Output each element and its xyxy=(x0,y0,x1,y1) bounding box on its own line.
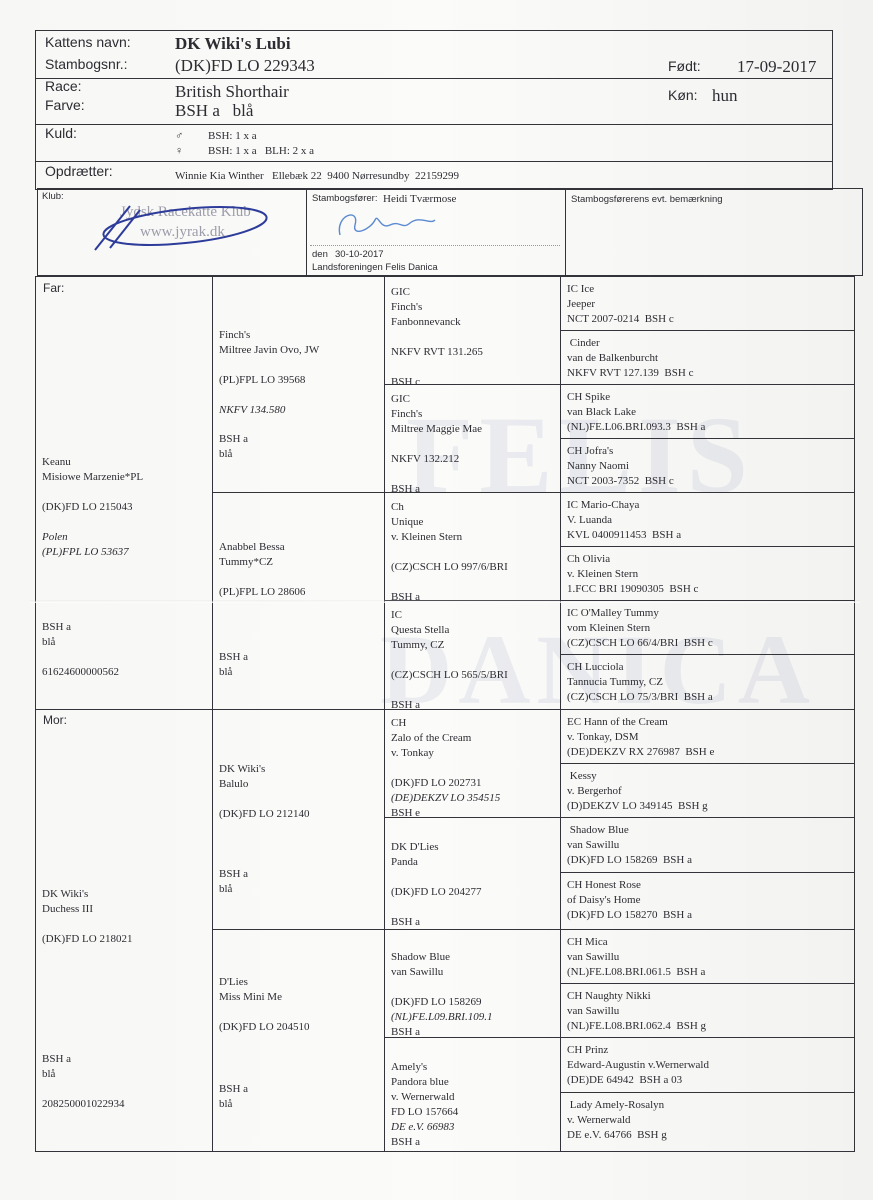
father-sire-line: Miltree Javin Ovo, JW xyxy=(219,343,319,358)
grid-line xyxy=(560,600,855,601)
mother-sire-line: (DK)FD LO 212140 xyxy=(219,807,309,822)
mother-label: Mor: xyxy=(43,713,67,727)
gen4-cell: CH PrinzEdward-Augustin v.Wernerwald(DE)… xyxy=(567,1043,709,1088)
gen4-line: Ch Olivia xyxy=(567,552,698,567)
gen4-line: DE e.V. 64766 BSH g xyxy=(567,1128,667,1143)
breed-label: Race: xyxy=(45,78,82,94)
gen3-cell: Amely'sPandora bluev. WernerwaldFD LO 15… xyxy=(391,1045,458,1150)
mother-sire-line: Balulo xyxy=(219,777,309,792)
gen4-line: V. Luanda xyxy=(567,513,681,528)
gen4-line: van Black Lake xyxy=(567,405,705,420)
gen3-cell: ChUniquev. Kleinen Stern(CZ)CSCH LO 997/… xyxy=(391,500,508,605)
club-label: Klub: xyxy=(42,191,64,202)
mother-sire-detail: BSH a xyxy=(219,867,248,882)
reg-no-label: Stambogsnr.: xyxy=(45,56,128,72)
mother-detail: BSH a xyxy=(42,1052,125,1067)
father-dam-line: (PL)FPL LO 28606 xyxy=(219,585,305,600)
gen3-line: GIC xyxy=(391,285,483,300)
gen4-line: (D)DEKZV LO 349145 BSH g xyxy=(567,799,708,814)
gen4-cell: IC O'Malley Tummyvom Kleinen Stern(CZ)CS… xyxy=(567,606,713,651)
gen4-line: Jeeper xyxy=(567,297,674,312)
organization: Landsforeningen Felis Danica xyxy=(312,262,438,273)
gen3-cell: GICFinch'sMiltree Maggie MaeNKFV 132.212… xyxy=(391,392,482,497)
gen4-line: Lady Amely-Rosalyn xyxy=(567,1098,667,1113)
breeder-info: Winnie Kia Winther Ellebæk 22 9400 Nørre… xyxy=(175,168,459,184)
gen4-line: IC Ice xyxy=(567,282,674,297)
gen4-line: van Sawillu xyxy=(567,838,692,853)
gen3-line: BSH c xyxy=(391,375,483,390)
gen3-line: GIC xyxy=(391,392,482,407)
date-label: den xyxy=(312,249,328,260)
gen3-line: Shadow Blue xyxy=(391,950,492,965)
gen4-line: Cinder xyxy=(567,336,693,351)
gen4-line: Edward-Augustin v.Wernerwald xyxy=(567,1058,709,1073)
gen4-line: CH Naughty Nikki xyxy=(567,989,706,1004)
gen4-line: (CZ)CSCH LO 66/4/BRI BSH c xyxy=(567,636,713,651)
gen4-line: CH Jofra's xyxy=(567,444,674,459)
gen3-line: v. Wernerwald xyxy=(391,1090,458,1105)
father-detail: BSH a xyxy=(42,620,119,635)
pedigree-document: FELIS DANICA Kattens navn: DK Wiki's Lub… xyxy=(0,0,873,1200)
father-dam-details: BSH a blå xyxy=(219,650,248,680)
gen3-line xyxy=(391,653,508,668)
father-dam-line: Tummy*CZ xyxy=(219,555,305,570)
gen4-line: CH Honest Rose xyxy=(567,878,692,893)
gen4-line: IC Mario-Chaya xyxy=(567,498,681,513)
registrar-signature-icon xyxy=(330,205,450,245)
gen3-line: FD LO 157664 xyxy=(391,1105,458,1120)
gen4-cell: IC IceJeeperNCT 2007-0214 BSH c xyxy=(567,282,674,327)
father-detail: blå xyxy=(42,635,119,650)
gen3-line: BSH a xyxy=(391,1135,458,1150)
father-dam-line xyxy=(219,570,305,585)
father-sire-line: NKFV 134.580 xyxy=(219,403,319,418)
gen4-cell: Cindervan de BalkenburchtNKFV RVT 127.13… xyxy=(567,336,693,381)
gen3-line: CH xyxy=(391,716,500,731)
gen3-line: (DE)DEKZV LO 354515 xyxy=(391,791,500,806)
gen3-line: (NL)FE.L09.BRI.109.1 xyxy=(391,1010,492,1025)
mother-sire-detail: blå xyxy=(219,882,248,897)
header-box xyxy=(35,30,833,190)
gen4-line: NCT 2003-7352 BSH c xyxy=(567,474,674,489)
father-sire-details: BSH a blå xyxy=(219,432,248,462)
gen3-cell: CHZalo of the Creamv. Tonkay(DK)FD LO 20… xyxy=(391,716,500,821)
gen3-line xyxy=(391,330,483,345)
father-info: Keanu Misiowe Marzenie*PL (DK)FD LO 2150… xyxy=(42,455,143,560)
father-details: BSH a blå 61624600000562 xyxy=(42,620,119,680)
mother-detail: 208250001022934 xyxy=(42,1097,125,1112)
gen3-line: (DK)FD LO 158269 xyxy=(391,995,492,1010)
gen4-line: (DK)FD LO 158269 BSH a xyxy=(567,853,692,868)
gen4-cell: CH Honest Roseof Daisy's Home(DK)FD LO 1… xyxy=(567,878,692,923)
gen4-line: van Sawillu xyxy=(567,950,705,965)
gen4-cell: CH Naughty Nikkivan Sawillu(NL)FE.L08.BR… xyxy=(567,989,706,1034)
male-symbol: ♂ xyxy=(175,128,183,144)
gen3-line: v. Tonkay xyxy=(391,746,500,761)
mother-dam-line: Miss Mini Me xyxy=(219,990,309,1005)
gen3-line xyxy=(391,467,482,482)
father-detail xyxy=(42,650,119,665)
father-dam-line: Anabbel Bessa xyxy=(219,540,305,555)
mother-detail: blå xyxy=(42,1067,125,1082)
mother-dam-line xyxy=(219,1005,309,1020)
gen3-line xyxy=(391,437,482,452)
gen4-line: van Sawillu xyxy=(567,1004,706,1019)
gen4-cell: Ch Oliviav. Kleinen Stern1.FCC BRI 19090… xyxy=(567,552,698,597)
gen3-line: Pandora blue xyxy=(391,1075,458,1090)
mother-dam-line: D'Lies xyxy=(219,975,309,990)
gen3-line: BSH a xyxy=(391,698,508,713)
gen4-line: CH Lucciola xyxy=(567,660,713,675)
mother-details: BSH a blå 208250001022934 xyxy=(42,1052,125,1112)
born-label: Født: xyxy=(668,58,701,74)
gen3-line: BSH a xyxy=(391,1025,492,1040)
gen3-cell: DK D'LiesPanda(DK)FD LO 204277BSH a xyxy=(391,825,481,930)
gen4-line: Kessy xyxy=(567,769,708,784)
cat-name: DK Wiki's Lubi xyxy=(175,34,291,54)
gen3-line: NKFV RVT 131.265 xyxy=(391,345,483,360)
gen4-line: (NL)FE.L08.BRI.061.5 BSH a xyxy=(567,965,705,980)
gen4-line: (DE)DEKZV RX 276987 BSH e xyxy=(567,745,714,760)
gen3-line xyxy=(391,761,500,776)
gen4-line: CH Prinz xyxy=(567,1043,709,1058)
gen3-line: BSH a xyxy=(391,915,481,930)
cat-name-label: Kattens navn: xyxy=(45,34,131,50)
female-symbol: ♀ xyxy=(175,143,183,159)
mother-line: DK Wiki's xyxy=(42,887,132,902)
gen4-line: CH Spike xyxy=(567,390,705,405)
gen4-line: IC O'Malley Tummy xyxy=(567,606,713,621)
gen4-line: v. Tonkay, DSM xyxy=(567,730,714,745)
gen3-line: Amely's xyxy=(391,1060,458,1075)
father-sire-line: Finch's xyxy=(219,328,319,343)
gen4-line: NCT 2007-0214 BSH c xyxy=(567,312,674,327)
father-line xyxy=(42,515,143,530)
gen3-line xyxy=(391,935,492,950)
gen3-line: DE e.V. 66983 xyxy=(391,1120,458,1135)
gen3-line xyxy=(391,683,508,698)
grid-line xyxy=(560,492,855,493)
gen3-line: Zalo of the Cream xyxy=(391,731,500,746)
gen4-line: NKFV RVT 127.139 BSH c xyxy=(567,366,693,381)
gen4-line: (NL)FE.L06.BRI.093.3 BSH a xyxy=(567,420,705,435)
gen3-line xyxy=(391,900,481,915)
gen3-line: Fanbonnevanck xyxy=(391,315,483,330)
father-sire-detail: BSH a xyxy=(219,432,248,447)
mother-dam-info: D'Lies Miss Mini Me (DK)FD LO 204510 xyxy=(219,975,309,1035)
gen3-line xyxy=(391,825,481,840)
gen3-line: BSH a xyxy=(391,482,482,497)
gen4-line: Tannucia Tummy, CZ xyxy=(567,675,713,690)
gen3-line: (DK)FD LO 202731 xyxy=(391,776,500,791)
mother-dam-line: (DK)FD LO 204510 xyxy=(219,1020,309,1035)
father-line: Polen xyxy=(42,530,143,545)
gen3-line: Tummy, CZ xyxy=(391,638,508,653)
gen3-line: IC xyxy=(391,608,508,623)
gen4-line: CH Mica xyxy=(567,935,705,950)
sex-label: Køn: xyxy=(668,87,698,103)
mother-sire-line xyxy=(219,792,309,807)
gen3-line xyxy=(391,980,492,995)
father-line: Keanu xyxy=(42,455,143,470)
gen3-line xyxy=(391,545,508,560)
gen4-line: (DE)DE 64942 BSH a 03 xyxy=(567,1073,709,1088)
mother-sire-details: BSH a blå xyxy=(219,867,248,897)
color-label: Farve: xyxy=(45,97,85,113)
breeder-label: Opdrætter: xyxy=(45,163,113,179)
gen4-line: (DK)FD LO 158270 BSH a xyxy=(567,908,692,923)
grid-line xyxy=(560,1037,855,1038)
father-label: Far: xyxy=(43,281,64,295)
gen3-line: Questa Stella xyxy=(391,623,508,638)
registrar-label: Stambogsfører: xyxy=(312,193,377,204)
gen3-line: Unique xyxy=(391,515,508,530)
gen4-cell: CH Micavan Sawillu(NL)FE.L08.BRI.061.5 B… xyxy=(567,935,705,980)
gen3-cell: ICQuesta StellaTummy, CZ(CZ)CSCH LO 565/… xyxy=(391,608,508,713)
mother-info: DK Wiki's Duchess III (DK)FD LO 218021 xyxy=(42,887,132,947)
gen4-cell: Kessyv. Bergerhof(D)DEKZV LO 349145 BSH … xyxy=(567,769,708,814)
gen4-line: v. Kleinen Stern xyxy=(567,567,698,582)
gen4-cell: EC Hann of the Creamv. Tonkay, DSM(DE)DE… xyxy=(567,715,714,760)
registry-date: 30-10-2017 xyxy=(335,249,384,260)
father-line: (PL)FPL LO 53637 xyxy=(42,545,143,560)
gen3-line: van Sawillu xyxy=(391,965,492,980)
grid-line xyxy=(560,817,855,818)
litter-label: Kuld: xyxy=(45,125,77,141)
gen3-line: (CZ)CSCH LO 565/5/BRI xyxy=(391,668,508,683)
gen3-line xyxy=(391,870,481,885)
reg-no: (DK)FD LO 229343 xyxy=(175,56,315,76)
grid-line xyxy=(560,709,855,710)
mother-line xyxy=(42,917,132,932)
mother-sire-line: DK Wiki's xyxy=(219,762,309,777)
color: BSH a blå xyxy=(175,101,253,121)
gen3-line: Panda xyxy=(391,855,481,870)
signature-scribble-icon xyxy=(90,200,270,254)
grid-line xyxy=(560,929,855,930)
breed: British Shorthair xyxy=(175,82,289,102)
gen3-cell: Shadow Bluevan Sawillu(DK)FD LO 158269(N… xyxy=(391,935,492,1040)
father-detail: 61624600000562 xyxy=(42,665,119,680)
gen4-line: (NL)FE.L08.BRI.062.4 BSH g xyxy=(567,1019,706,1034)
gen4-line: (CZ)CSCH LO 75/3/BRI BSH a xyxy=(567,690,713,705)
father-line: Misiowe Marzenie*PL xyxy=(42,470,143,485)
litter-male: BSH: 1 x a xyxy=(208,128,257,144)
gen4-line: of Daisy's Home xyxy=(567,893,692,908)
gen4-line: Nanny Naomi xyxy=(567,459,674,474)
gen4-line: Shadow Blue xyxy=(567,823,692,838)
gen4-line: EC Hann of the Cream xyxy=(567,715,714,730)
father-sire-line xyxy=(219,388,319,403)
litter-female: BSH: 1 x a BLH: 2 x a xyxy=(208,143,314,159)
father-dam-detail: BSH a xyxy=(219,650,248,665)
gen3-line: DK D'Lies xyxy=(391,840,481,855)
mother-line: Duchess III xyxy=(42,902,132,917)
gen4-cell: Lady Amely-Rosalynv. WernerwaldDE e.V. 6… xyxy=(567,1098,667,1143)
club-stamp: Jydsk Racekatte Klub www.jyrak.dk xyxy=(90,200,270,254)
gen3-line xyxy=(391,360,483,375)
sex: hun xyxy=(712,86,738,106)
father-sire-info: Finch's Miltree Javin Ovo, JW (PL)FPL LO… xyxy=(219,328,319,418)
father-dam-detail: blå xyxy=(219,665,248,680)
gen3-line xyxy=(391,1045,458,1060)
remarks-label: Stambogsførerens evt. bemærkning xyxy=(571,194,723,205)
gen3-line xyxy=(391,575,508,590)
mother-detail xyxy=(42,1082,125,1097)
gen3-line: NKFV 132.212 xyxy=(391,452,482,467)
gen3-line: (CZ)CSCH LO 997/6/BRI xyxy=(391,560,508,575)
gen4-line: 1.FCC BRI 19090305 BSH c xyxy=(567,582,698,597)
father-dam-info: Anabbel Bessa Tummy*CZ (PL)FPL LO 28606 xyxy=(219,540,305,600)
gen4-cell: CH Spikevan Black Lake(NL)FE.L06.BRI.093… xyxy=(567,390,705,435)
father-sire-line: (PL)FPL LO 39568 xyxy=(219,373,319,388)
born-date: 17-09-2017 xyxy=(737,57,816,77)
gen4-cell: CH LucciolaTannucia Tummy, CZ(CZ)CSCH LO… xyxy=(567,660,713,705)
gen4-cell: CH Jofra'sNanny NaomiNCT 2003-7352 BSH c xyxy=(567,444,674,489)
father-sire-detail: blå xyxy=(219,447,248,462)
gen3-line: Ch xyxy=(391,500,508,515)
gen4-cell: IC Mario-ChayaV. LuandaKVL 0400911453 BS… xyxy=(567,498,681,543)
gen3-line: BSH e xyxy=(391,806,500,821)
mother-sire-info: DK Wiki's Balulo (DK)FD LO 212140 xyxy=(219,762,309,822)
mother-line: (DK)FD LO 218021 xyxy=(42,932,132,947)
gen4-line: van de Balkenburcht xyxy=(567,351,693,366)
gen3-line: v. Kleinen Stern xyxy=(391,530,508,545)
gen4-line: KVL 0400911453 BSH a xyxy=(567,528,681,543)
father-line: (DK)FD LO 215043 xyxy=(42,500,143,515)
gen3-line: BSH a xyxy=(391,590,508,605)
gen4-line: v. Wernerwald xyxy=(567,1113,667,1128)
gen3-line: (DK)FD LO 204277 xyxy=(391,885,481,900)
gen4-cell: Shadow Bluevan Sawillu(DK)FD LO 158269 B… xyxy=(567,823,692,868)
gen3-cell: GICFinch'sFanbonnevanckNKFV RVT 131.265B… xyxy=(391,285,483,390)
gen3-line: Miltree Maggie Mae xyxy=(391,422,482,437)
father-line xyxy=(42,485,143,500)
mother-dam-details: BSH a blå xyxy=(219,1082,248,1112)
grid-line xyxy=(560,384,855,385)
mother-dam-detail: blå xyxy=(219,1097,248,1112)
mother-dam-detail: BSH a xyxy=(219,1082,248,1097)
father-sire-line xyxy=(219,358,319,373)
gen4-line: vom Kleinen Stern xyxy=(567,621,713,636)
gen4-line: v. Bergerhof xyxy=(567,784,708,799)
gen3-line: Finch's xyxy=(391,300,483,315)
gen3-line: Finch's xyxy=(391,407,482,422)
